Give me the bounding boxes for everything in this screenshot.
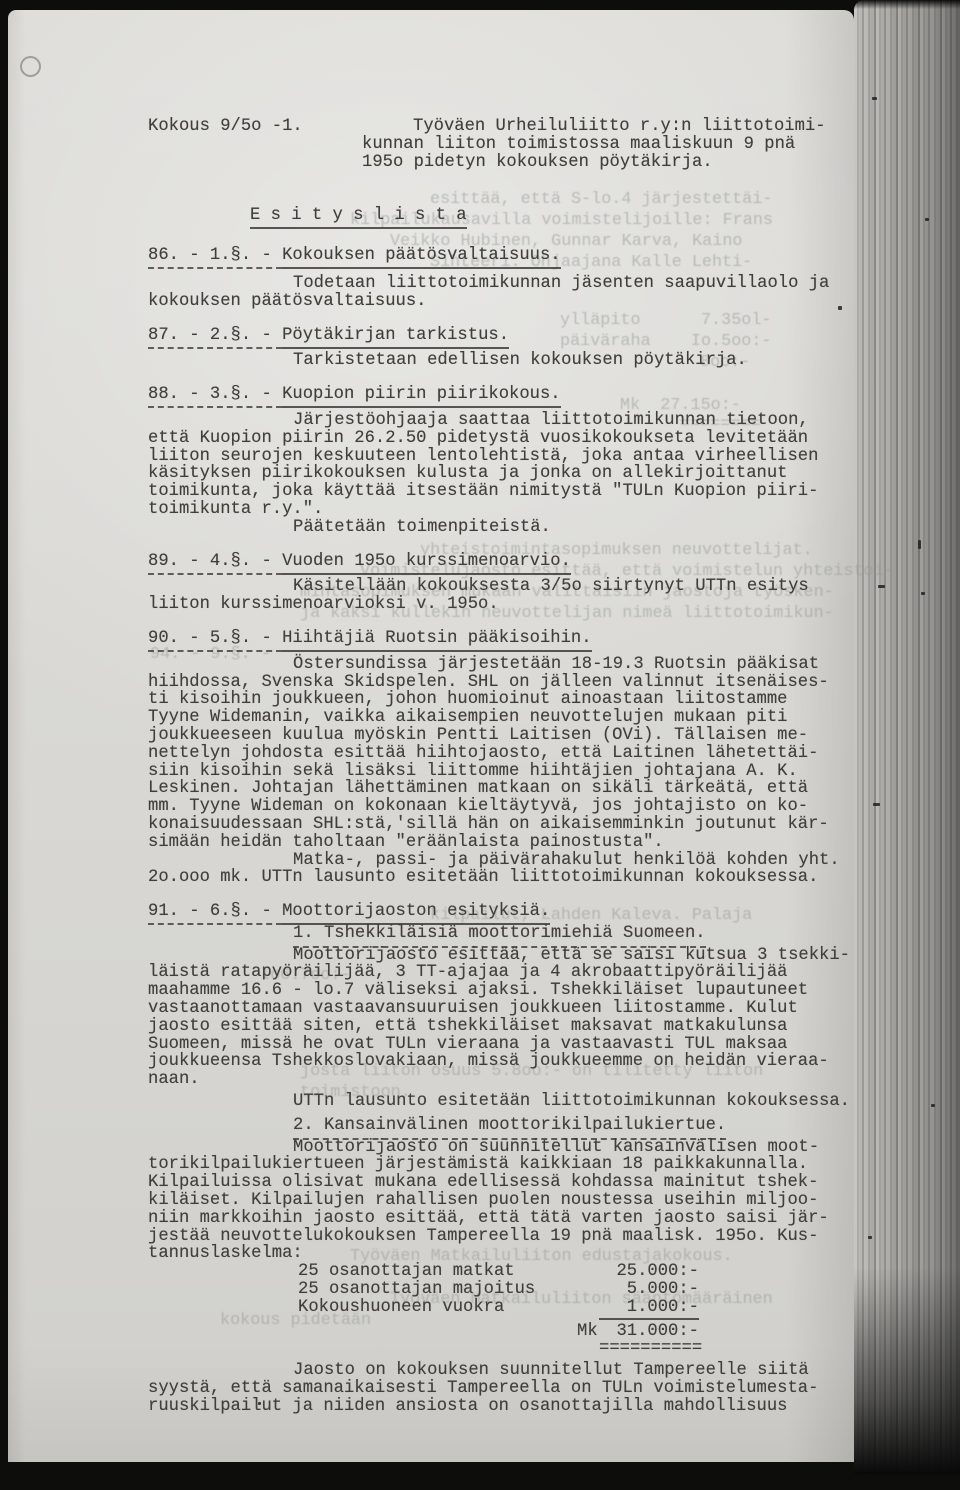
sub-item-heading: 1. Tshekkiläisiä moottorimiehiä Suomeen.: [148, 925, 870, 943]
body-line: 2o.ooo mk. UTTn lausunto esitetään liitt…: [148, 869, 870, 887]
body-line: kunnan liiton toimistossa maaliskuun 9 p…: [148, 136, 870, 154]
section-heading: 87. - 2.§. - Pöytäkirjan tarkistus.: [148, 327, 870, 345]
section-heading: 88. - 3.§. - Kuopion piirin piirikokous.: [148, 386, 870, 404]
body-line: käsityksen piirikokouksen kulusta ja jon…: [148, 465, 870, 483]
body-line: Tyyne Widemanin, vaikka aikaisempien neu…: [148, 709, 870, 727]
section-number: 89. - 4.§. -: [148, 552, 282, 575]
cost-row: 25 osanottajan majoitus5.000:-: [148, 1281, 870, 1299]
body-line: UTTn lausunto esitetään liittotoimikunna…: [148, 1093, 870, 1111]
cost-total-row: Mk31.000:-: [148, 1323, 870, 1341]
cost-total-label: Mk: [577, 1323, 598, 1341]
scanned-document-view: esittää, että S-lo.4 järjestettäi-kilpai…: [0, 0, 960, 1490]
body-line: tannuslaskelma:: [148, 1245, 870, 1263]
double-rule-row: ==========: [148, 1340, 870, 1358]
body-line: Järjestöohjaaja saattaa liittotoimikunna…: [148, 412, 870, 430]
body-line: liiton seurojen keskuuteen lentolehtistä…: [148, 448, 870, 466]
body-line: simään heidän taholtaan "eräänlaista pai…: [148, 834, 870, 852]
body-line: Moottorijaosto on suunnitellut kansainvä…: [148, 1139, 870, 1157]
body-line: joukkueeseen kuulua myöskin Pentti Laiti…: [148, 727, 870, 745]
section-title: Kuopion piirin piirikokous.: [282, 385, 560, 408]
body-line: läistä ratapyöräilijää, 3 TT-ajajaa ja 4…: [148, 964, 870, 982]
cost-row-label: Kokoushuoneen vuokra: [298, 1298, 504, 1317]
body-line: kiläiset. Kilpailujen rahallisen puolen …: [148, 1192, 870, 1210]
body-line: maahamme 16.6 - lo.7 väliseksi ajaksi. T…: [148, 982, 870, 1000]
body-line: Moottorijaosto esittää, että se saisi ku…: [148, 947, 870, 965]
document-lines: Kokous 9/5o -1.Työväen Urheiluliitto r.y…: [148, 10, 870, 1416]
section-number: 90. - 5.§. -: [148, 629, 282, 652]
section-heading: 90. - 5.§. - Hiihtäjiä Ruotsin pääkisoih…: [148, 630, 870, 648]
body-line: joukkueensa Tshekkoslovakiaan, missä jou…: [148, 1053, 870, 1071]
body-line: mm. Tyyne Wideman on kokonaan kieltäytyv…: [148, 798, 870, 816]
body-line: siin kisoihin sekä lisäksi liittomme hii…: [148, 763, 870, 781]
sub-item-title: 2. Kansainvälinen moottorikilpailukiertu…: [293, 1116, 726, 1140]
body-line: Jaosto on kokouksen suunnitellut Tampere…: [148, 1362, 870, 1380]
agenda-title: E s i t y s l i s t a: [148, 207, 870, 225]
body-line: 195o pidetyn kokouksen pöytäkirja.: [148, 154, 870, 172]
double-rule: ==========: [599, 1340, 699, 1358]
sub-item-title: 1. Tshekkiläisiä moottorimiehiä Suomeen.: [293, 924, 706, 948]
body-line: kokouksen päätösvaltaisuus.: [148, 293, 870, 311]
header-right-text: Työväen Urheiluliitto r.y:n liittotoimi-: [413, 118, 826, 136]
cost-row-amount: 25.000:-: [599, 1263, 699, 1281]
body-line: Leskinen. Johtajan lähettäminen matkaan …: [148, 780, 870, 798]
hole-punch-mark: [20, 56, 41, 77]
cost-row: 25 osanottajan matkat25.000:-: [148, 1263, 870, 1281]
section-title: Vuoden 195o kurssimenoarvio.: [282, 552, 571, 575]
body-line: konaisuudessaan SHL:stä,'sillä hän on ai…: [148, 816, 870, 834]
body-line: Kilpailuissa olisivat mukana edellisessä…: [148, 1174, 870, 1192]
section-title: Pöytäkirjan tarkistus.: [282, 326, 509, 349]
body-line: ti kisoihin joukkueen, johon huomioinut …: [148, 691, 870, 709]
body-line: toimikunta r.y.".: [148, 501, 870, 519]
section-heading: 86. - 1.§. - Kokouksen päätösvaltaisuus.: [148, 247, 870, 265]
sub-item-heading: 2. Kansainvälinen moottorikilpailukiertu…: [148, 1117, 870, 1135]
body-line: naan.: [148, 1071, 870, 1089]
cost-row: Kokoushuoneen vuokra1.000:-: [148, 1299, 870, 1317]
section-title: Kokouksen päätösvaltaisuus.: [282, 246, 560, 269]
body-line: toimikunta, joka käyttää itsestään nimit…: [148, 483, 870, 501]
section-number: 86. - 1.§. -: [148, 246, 282, 269]
section-heading: 89. - 4.§. - Vuoden 195o kurssimenoarvio…: [148, 553, 870, 571]
section-number: 91. - 6.§. -: [148, 902, 282, 925]
body-line: Östersundissa järjestetään 18-19.3 Ruots…: [148, 656, 870, 674]
section-title: Moottorijaoston esityksiä.: [282, 902, 550, 925]
body-line: syystä, että samanaikaisesti Tampereella…: [148, 1380, 870, 1398]
body-line: ruuskilpailut ja niiden ansiosta on osan…: [148, 1398, 870, 1416]
cost-row-amount: 1.000:-: [599, 1299, 699, 1320]
section-number: 87. - 2.§. -: [148, 326, 282, 349]
cost-total-amount: 31.000:-: [599, 1323, 699, 1341]
cost-row-label: 25 osanottajan majoitus: [298, 1280, 535, 1299]
body-line: Suomeen, missä he ovat TULn vieraana ja …: [148, 1036, 870, 1054]
body-line: niin markkoihin jaosto esittää, että tät…: [148, 1210, 870, 1228]
body-line: Tarkistetaan edellisen kokouksen pöytäki…: [148, 352, 870, 370]
body-line: että Kuopion piirin 26.2.50 pidetystä vu…: [148, 430, 870, 448]
body-line: vastaanottamaan vastaavansuuruisen joukk…: [148, 1000, 870, 1018]
body-line: Päätetään toimenpiteistä.: [148, 519, 870, 537]
meeting-number: Kokous 9/5o -1.: [148, 117, 303, 136]
body-line: Käsitellään kokouksesta 3/5o siirtynyt U…: [148, 578, 870, 596]
document-header-line: Kokous 9/5o -1.Työväen Urheiluliitto r.y…: [148, 118, 870, 136]
section-title: Hiihtäjiä Ruotsin pääkisoihin.: [282, 629, 591, 652]
body-line: torikilpailukiertueen järjestämistä kaik…: [148, 1156, 870, 1174]
scanned-page: esittää, että S-lo.4 järjestettäi-kilpai…: [8, 10, 854, 1462]
cost-row-amount: 5.000:-: [599, 1281, 699, 1299]
section-heading: 91. - 6.§. - Moottorijaoston esityksiä.: [148, 903, 870, 921]
body-line: Todetaan liittotoimikunnan jäsenten saap…: [148, 275, 870, 293]
cost-row-label: 25 osanottajan matkat: [298, 1262, 515, 1281]
body-line: nettelyn johdosta esittää hiihtojaosto, …: [148, 745, 870, 763]
body-line: jaosto esittää siten, että tshekkiläiset…: [148, 1018, 870, 1036]
body-line: jestää neuvottelukokouksen Tampereella 1…: [148, 1228, 870, 1246]
agenda-title-text: E s i t y s l i s t a: [250, 206, 467, 229]
body-line: Matka-, passi- ja päivärahakulut henkilö…: [148, 852, 870, 870]
body-line: hiihdossa, Svenska Skidspelen. SHL on jä…: [148, 674, 870, 692]
section-number: 88. - 3.§. -: [148, 385, 282, 408]
body-line: liiton kurssimenoarvioksi v. 195o.: [148, 596, 870, 614]
